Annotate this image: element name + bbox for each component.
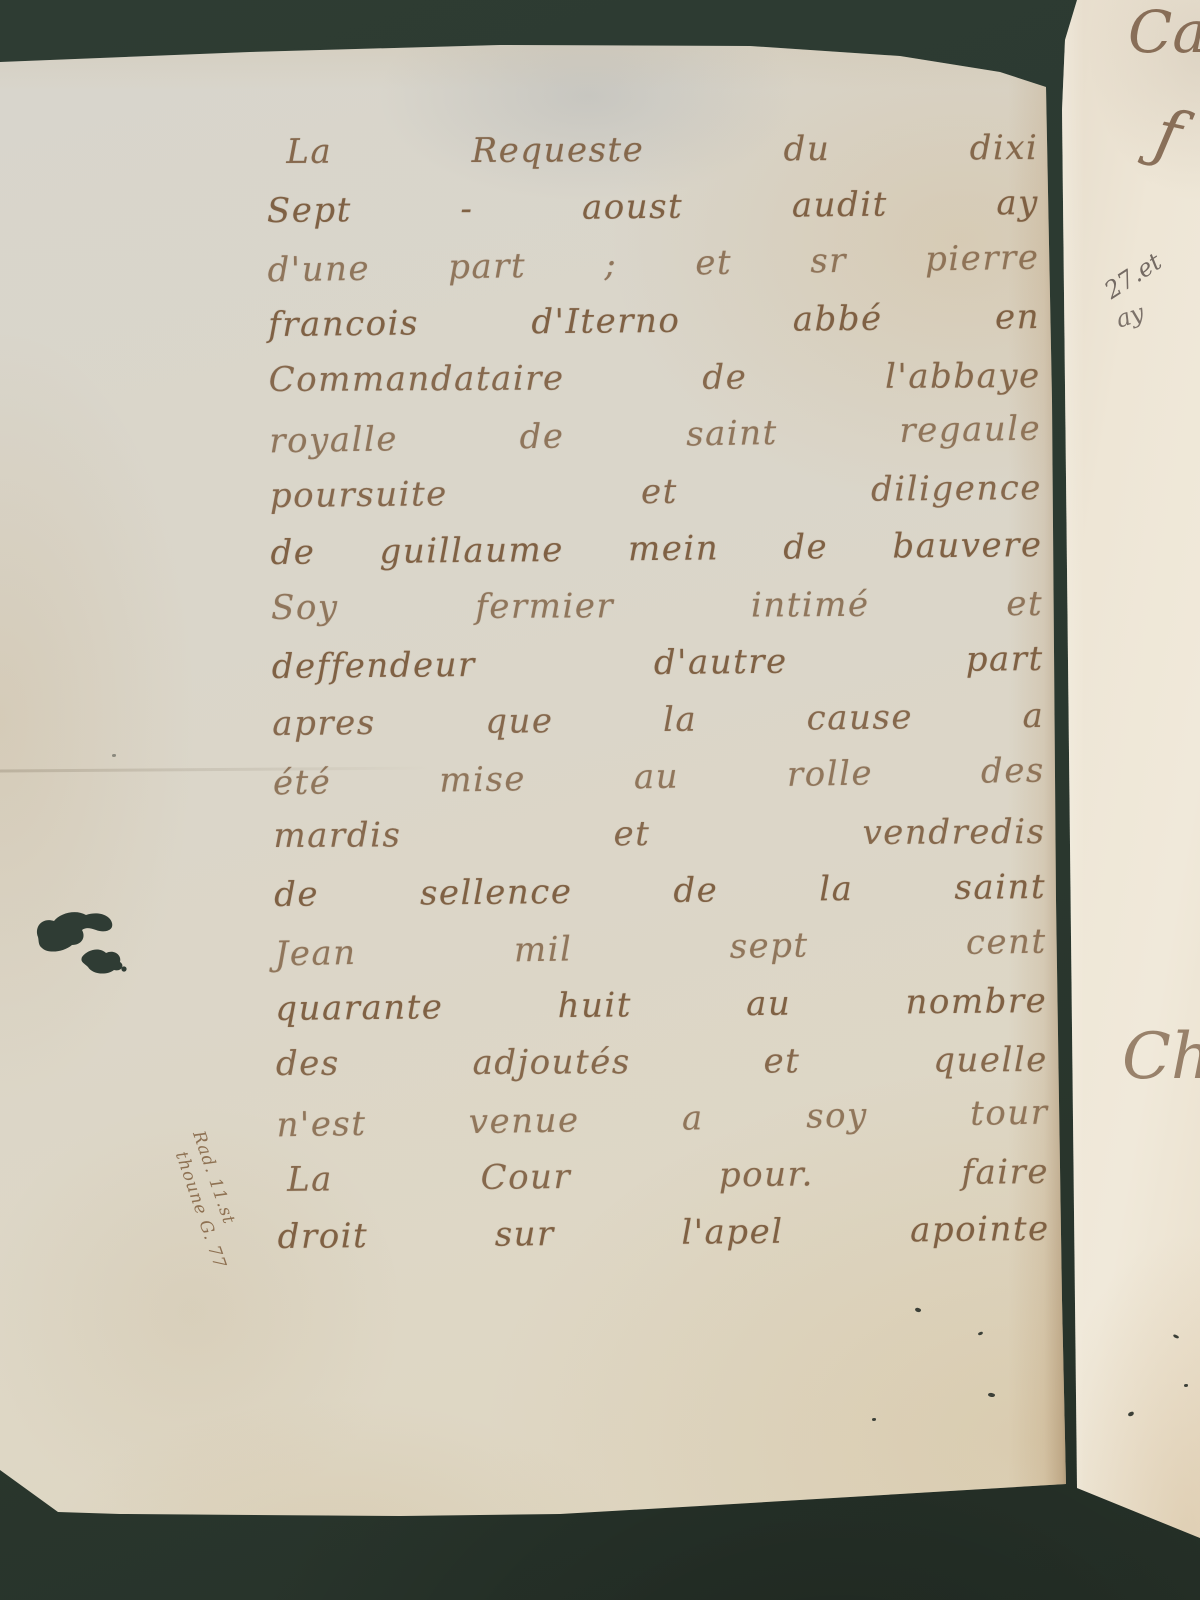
manuscript-line: n'est venue a soy tour <box>276 1085 1049 1155</box>
manuscript-left-page: La Requeste du dixi Sept - aoust audit a… <box>0 0 1200 1600</box>
manuscript-line: francois d'Iterno abbé en <box>268 289 1041 354</box>
manuscript-line: de guillaume mein de bauvere <box>270 517 1043 582</box>
manuscript-line: royalle de saint regaule <box>269 401 1042 471</box>
manuscript-line: Commandataire de l'abbaye <box>269 348 1041 409</box>
handwriting-scribble: 27.et <box>1099 247 1166 304</box>
manuscript-line: de sellence de la saint <box>274 859 1047 924</box>
cutoff-handwriting-initials: Ch <box>1122 1020 1200 1094</box>
manuscript-line: d'une part ; et sr pierre <box>267 230 1040 300</box>
manuscript-line: Soy fermier intimé et <box>271 576 1043 637</box>
manuscript-line: La Requeste du dixi <box>266 120 1038 181</box>
ink-speck <box>1184 1384 1188 1387</box>
ink-blot-holes <box>30 905 140 980</box>
manuscript-line: des adjoutés et quelle <box>276 1032 1048 1093</box>
hole-blob-small <box>81 950 122 974</box>
hole-dot <box>121 966 126 971</box>
manuscript-line: poursuite et diligence <box>270 460 1043 525</box>
photo-of-open-manuscript: La Requeste du dixi Sept - aoust audit a… <box>0 0 1200 1600</box>
manuscript-line: Sept - aoust audit ay <box>267 175 1040 240</box>
hole-blob-large <box>37 912 112 951</box>
manuscript-line: mardis et vendredis <box>273 804 1045 865</box>
ink-speck <box>112 754 116 757</box>
manuscript-line: Jean mil sept cent <box>274 914 1047 984</box>
ink-speck <box>1127 1411 1134 1417</box>
cutoff-handwriting-fragment: ƒ <box>1148 94 1188 174</box>
manuscript-line: apres que la cause a <box>272 688 1045 753</box>
cutoff-handwriting-fragment: Ca <box>1128 0 1200 66</box>
manuscript-line: quarante huit au nombre <box>275 973 1048 1038</box>
manuscript-line: deffendeur d'autre part <box>271 631 1044 696</box>
manuscript-right-page-edge: Ca ƒ 27.et ay Ch <box>1058 0 1200 1600</box>
manuscript-text-block: La Requeste du dixi Sept - aoust audit a… <box>266 118 1050 1266</box>
ink-speck <box>872 1418 876 1421</box>
manuscript-line: été mise au rolle des <box>272 743 1045 813</box>
ink-speck <box>978 1331 984 1335</box>
ink-speck <box>914 1307 921 1313</box>
manuscript-line: droit sur l'apel apointe <box>277 1201 1050 1266</box>
ink-speck <box>988 1392 996 1397</box>
manuscript-line: La Cour pour. faire <box>277 1144 1050 1209</box>
ink-speck <box>1173 1334 1180 1340</box>
archival-margin-note: Rad. 11.st thoune G. 77 <box>165 1128 283 1360</box>
handwriting-scribble: ay <box>1112 298 1147 333</box>
